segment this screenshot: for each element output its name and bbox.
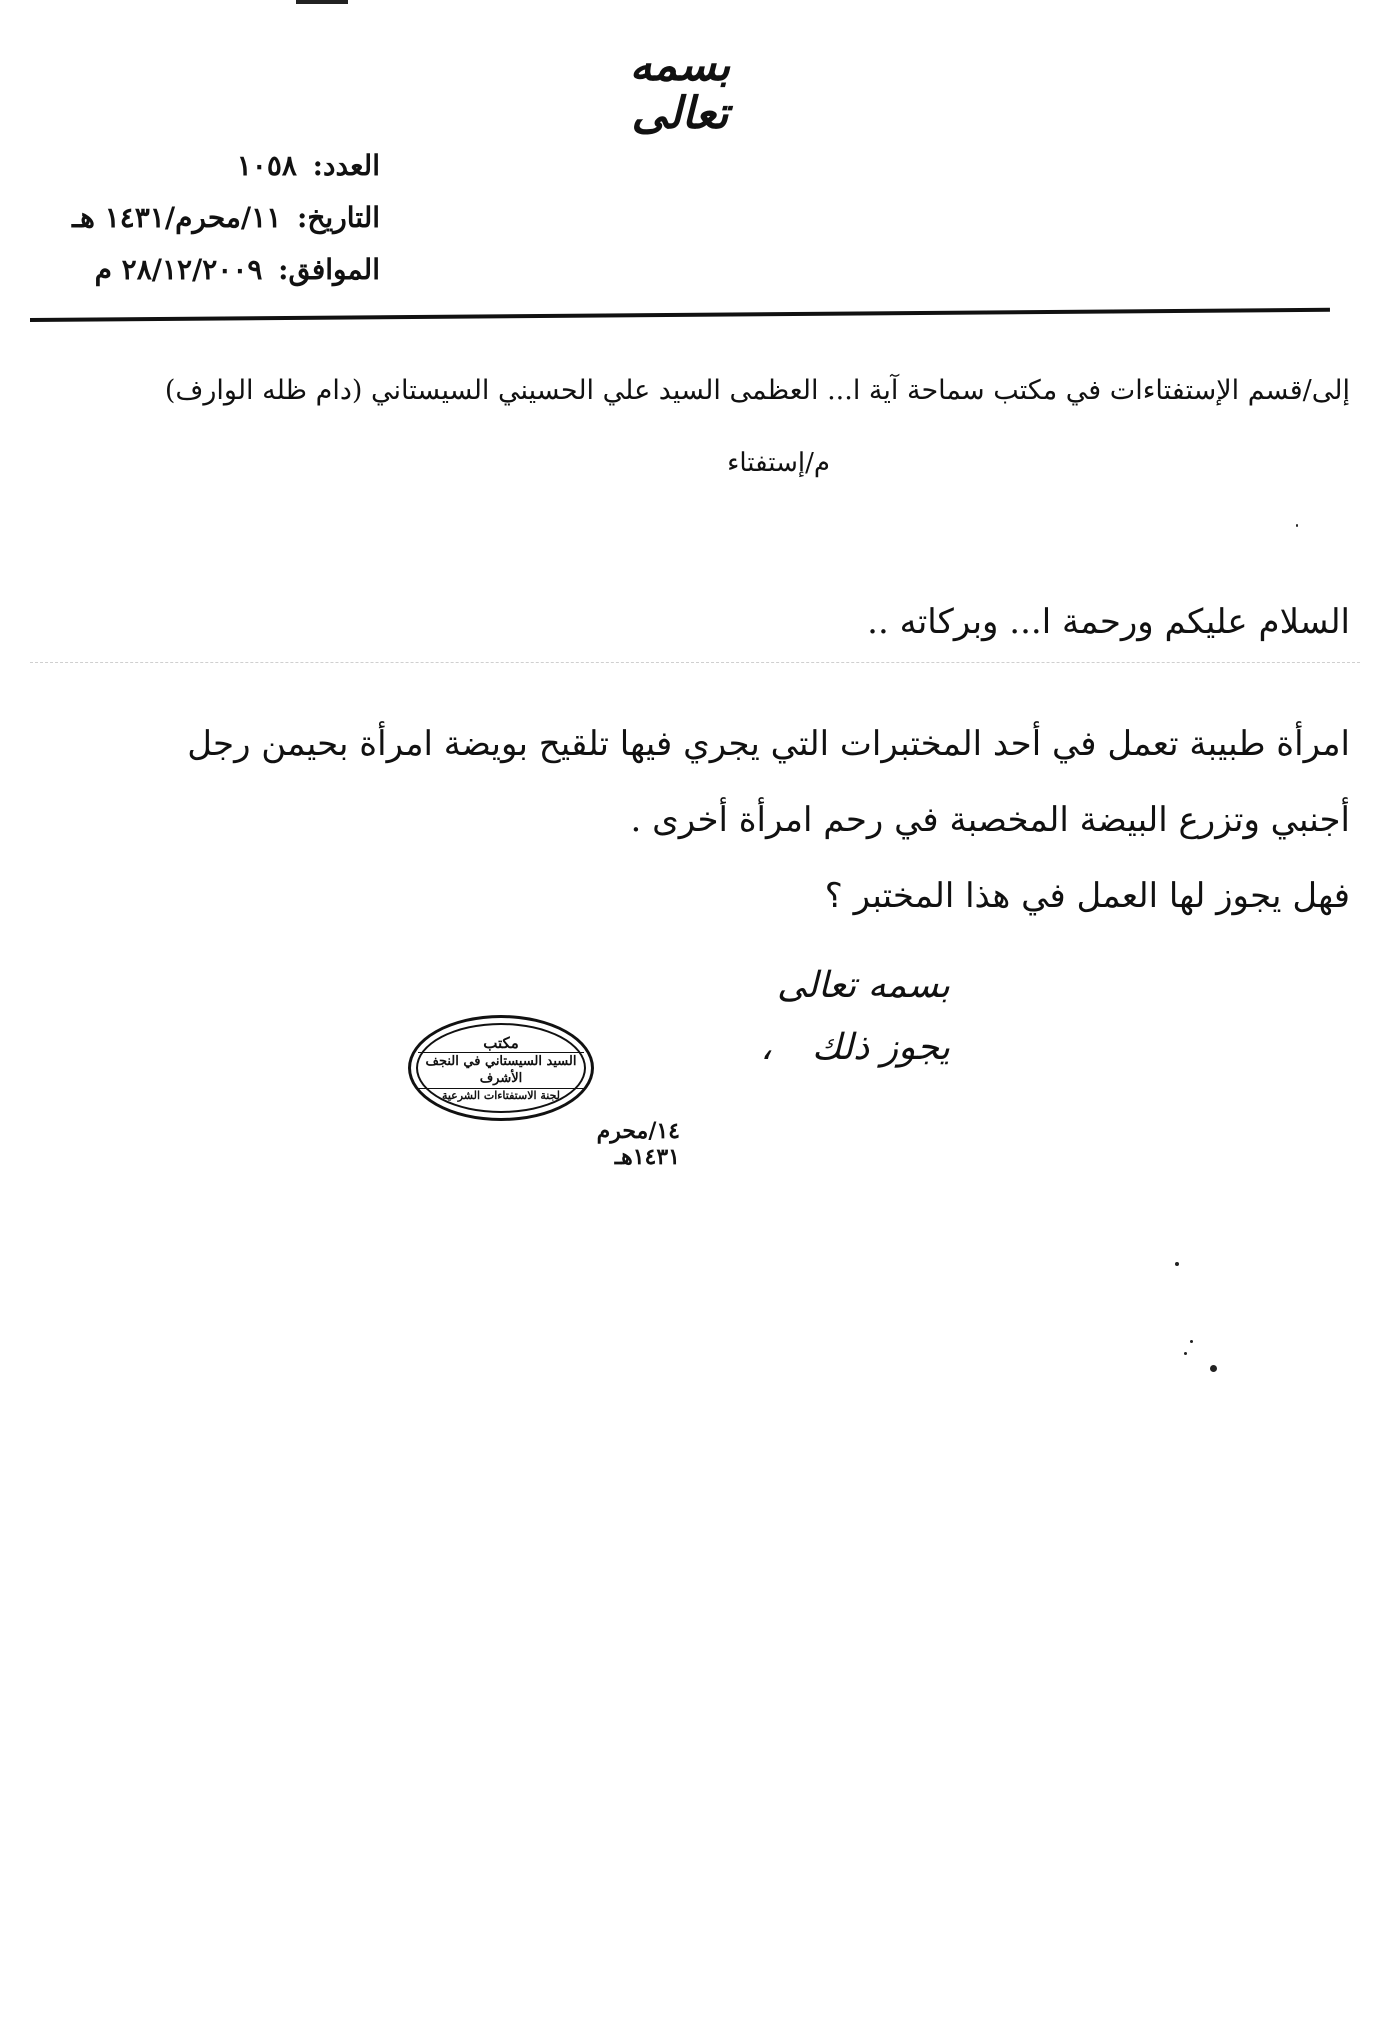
scan-edge-mark [296, 0, 348, 4]
seal-date: ١٤/محرم ١٤٣١هـ [590, 1118, 680, 1170]
document-page: بسمه تعالى العدد: ١٠٥٨ التاريخ: ١١/محرم/… [0, 0, 1382, 2035]
addressee-line: إلى/قسم الإستفتاءات في مكتب سماحة آية ا.… [20, 372, 1350, 410]
number-value: ١٠٥٨ [237, 149, 297, 182]
question-line-1: امرأة طبيبة تعمل في أحد المختبرات التي ي… [50, 706, 1350, 782]
answer-ruling: يجوز ذلك، [610, 1017, 950, 1079]
scan-speck [1296, 524, 1298, 527]
seal-text-bottom: لجنة الاستفتاءات الشرعية [442, 1089, 560, 1103]
answer-ruling-text: يجوز ذلك [812, 1027, 950, 1068]
answer-basmala: بسمه تعالى [610, 955, 950, 1017]
reference-block: العدد: ١٠٥٨ التاريخ: ١١/محرم/١٤٣١ هـ الم… [20, 140, 380, 296]
seal-date-day-month: ١٤/محرم [590, 1118, 680, 1144]
answer-punct: ، [760, 1027, 772, 1068]
question-body: امرأة طبيبة تعمل في أحد المختبرات التي ي… [50, 706, 1350, 934]
seal-text-middle: السيد السيستاني في النجف الأشرف [418, 1052, 584, 1089]
scan-speck [1210, 1365, 1217, 1372]
gregorian-date: الموافق: ٢٨/١٢/٢٠٠٩ م [20, 244, 380, 296]
scan-speck [1184, 1352, 1187, 1355]
reference-number: العدد: ١٠٥٨ [20, 140, 380, 192]
number-label: العدد: [313, 149, 380, 182]
date-hijri-value: ١١/محرم/١٤٣١ هـ [72, 201, 281, 234]
header-divider [30, 308, 1330, 322]
date-label: التاريخ: [297, 201, 380, 234]
faint-dotted-line [30, 662, 1360, 663]
question-line-3: فهل يجوز لها العمل في هذا المختبر ؟ [50, 858, 1350, 934]
handwritten-answer: بسمه تعالى يجوز ذلك، [610, 955, 950, 1079]
basmala-header: بسمه تعالى [580, 42, 780, 139]
question-line-2: أجنبي وتزرع البيضة المخصبة في رحم امرأة … [50, 782, 1350, 858]
office-seal-stamp: مكتب السيد السيستاني في النجف الأشرف لجن… [408, 1015, 594, 1121]
hijri-date: التاريخ: ١١/محرم/١٤٣١ هـ [20, 192, 380, 244]
seal-date-year: ١٤٣١هـ [590, 1144, 680, 1170]
subject-line: م/إستفتاء [600, 448, 830, 478]
scan-speck [1175, 1262, 1179, 1266]
equiv-label: الموافق: [278, 253, 380, 286]
seal-inner-ring: مكتب السيد السيستاني في النجف الأشرف لجن… [416, 1023, 586, 1113]
date-gregorian-value: ٢٨/١٢/٢٠٠٩ م [95, 253, 263, 286]
seal-text-top: مكتب [483, 1034, 519, 1053]
scan-speck [1190, 1340, 1193, 1343]
greeting-line: السلام عليكم ورحمة ا... وبركاته .. [650, 602, 1350, 642]
